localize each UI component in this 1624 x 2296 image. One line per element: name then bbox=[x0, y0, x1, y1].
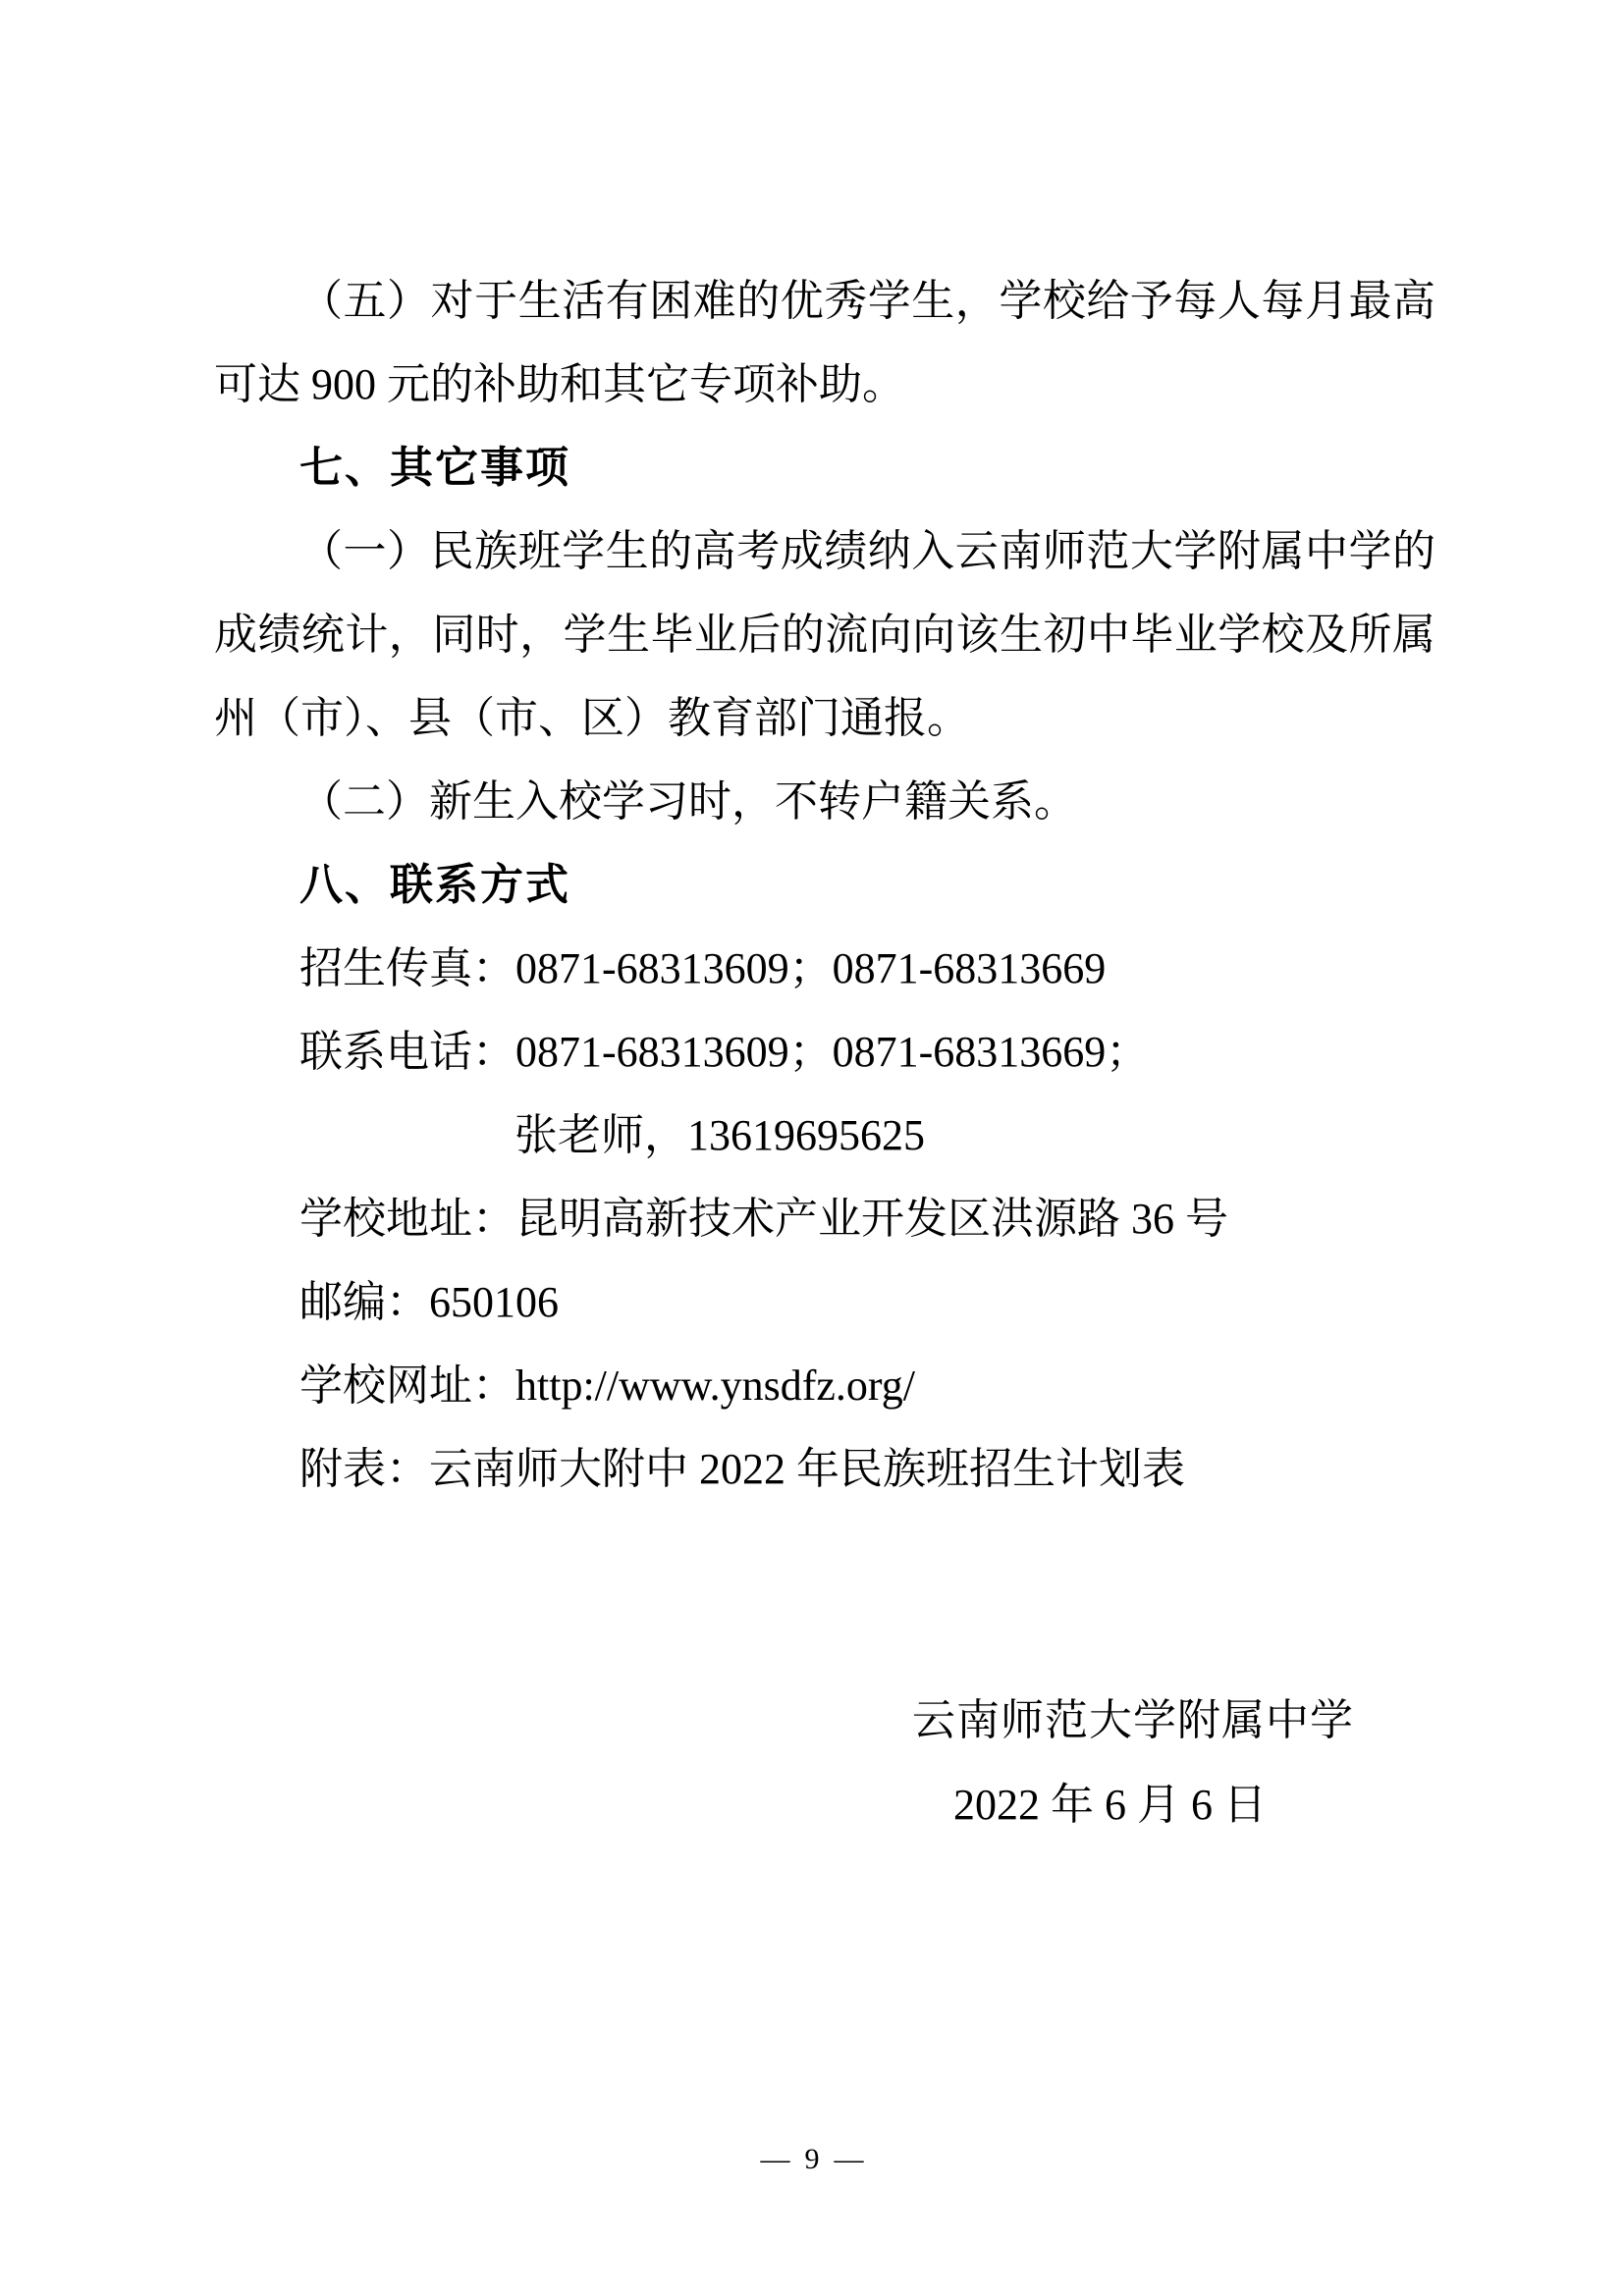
body-line-item1-2: 成绩统计，同时，学生毕业后的流向向该生初中毕业学校及所属 bbox=[214, 609, 1435, 662]
contact-line-website: 学校网址：http://www.ynsdfz.org/ bbox=[299, 1360, 915, 1413]
section-heading-other-matters: 七、其它事项 bbox=[299, 442, 570, 495]
page-number-footer: — 9 — bbox=[0, 2142, 1624, 2177]
contact-line-teacher: 张老师，13619695625 bbox=[514, 1109, 925, 1162]
contact-line-postcode: 邮编：650106 bbox=[299, 1276, 559, 1329]
body-line-item1-3: 州（市）、县（市、区）教育部门通报。 bbox=[214, 692, 970, 745]
body-line-item2: （二）新生入校学习时，不转户籍关系。 bbox=[299, 775, 1077, 828]
contact-line-phone: 联系电话：0871-68313609；0871-68313669； bbox=[299, 1026, 1149, 1079]
signature-organization: 云南师范大学附属中学 bbox=[912, 1694, 1354, 1747]
contact-line-address: 学校地址：昆明高新技术产业开发区洪源路 36 号 bbox=[299, 1193, 1228, 1246]
section-heading-contact: 八、联系方式 bbox=[299, 859, 570, 912]
body-line-subsidy-1: （五）对于生活有困难的优秀学生，学校给予每人每月最高 bbox=[299, 275, 1435, 328]
body-line-subsidy-2: 可达 900 元的补助和其它专项补助。 bbox=[214, 358, 905, 411]
attachment-line: 附表：云南师大附中 2022 年民族班招生计划表 bbox=[299, 1443, 1185, 1496]
signature-date: 2022 年 6 月 6 日 bbox=[953, 1779, 1267, 1832]
contact-line-fax: 招生传真：0871-68313609；0871-68313669 bbox=[299, 942, 1106, 995]
document-page: （五）对于生活有困难的优秀学生，学校给予每人每月最高 可达 900 元的补助和其… bbox=[0, 0, 1624, 2296]
body-line-item1-1: （一）民族班学生的高考成绩纳入云南师范大学附属中学的 bbox=[299, 525, 1435, 578]
